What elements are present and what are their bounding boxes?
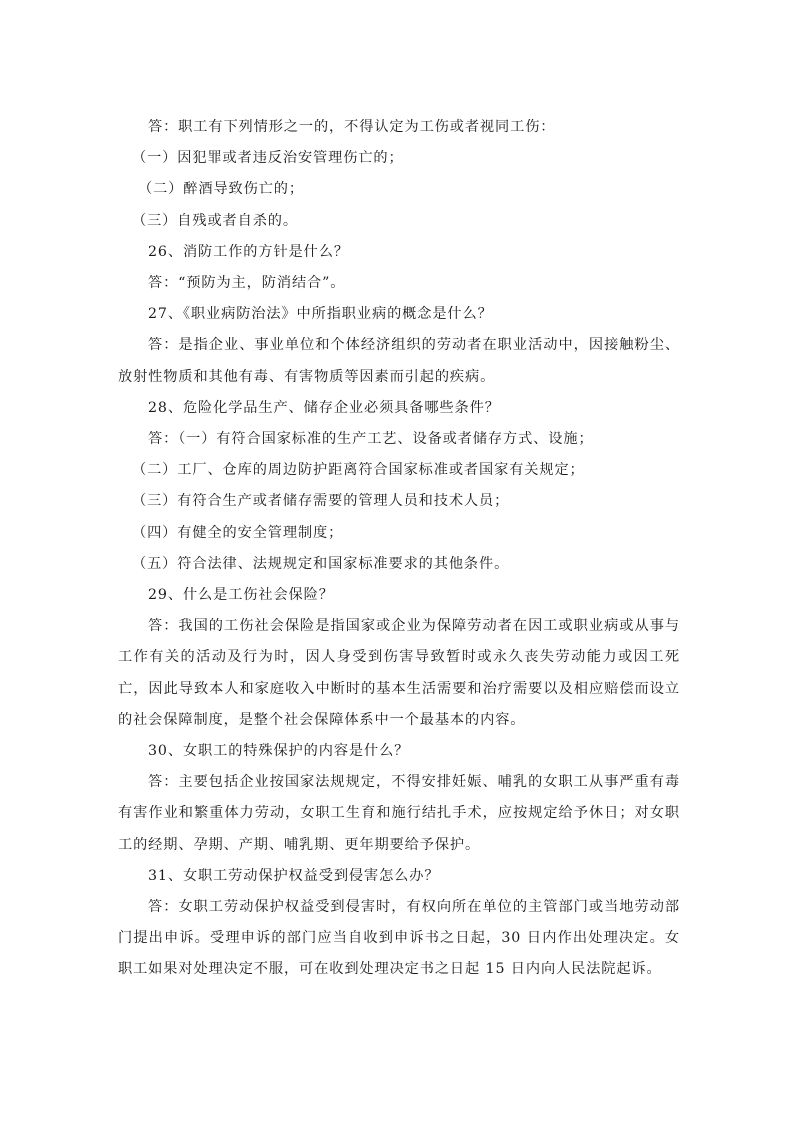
- answer-27: 答：是指企业、事业单位和个体经济组织的劳动者在职业活动中，因接触粉尘、放射性物质…: [118, 330, 680, 392]
- answer-31: 答：女职工劳动保护权益受到侵害时，有权向所在单位的主管部门或当地劳动部门提出申诉…: [118, 892, 680, 986]
- question-26: 26、消防工作的方针是什么？: [118, 237, 680, 268]
- answer-28-item-1: 答：（一）有符合国家标准的生产工艺、设备或者储存方式、设施；: [118, 424, 680, 455]
- answer-25-item-2: （二）醉酒导致伤亡的；: [118, 174, 680, 205]
- question-28: 28、危险化学品生产、储存企业必须具备哪些条件？: [118, 393, 680, 424]
- answer-29: 答：我国的工伤社会保险是指国家或企业为保障劳动者在因工或职业病或从事与工作有关的…: [118, 611, 680, 736]
- question-29: 29、什么是工伤社会保险？: [118, 580, 680, 611]
- answer-28-item-2: （二）工厂、仓库的周边防护距离符合国家标准或者国家有关规定；: [118, 455, 680, 486]
- answer-26: 答：“预防为主，防消结合”。: [118, 268, 680, 299]
- question-30: 30、女职工的特殊保护的内容是什么？: [118, 736, 680, 767]
- answer-28-item-3: （三）有符合生产或者储存需要的管理人员和技术人员；: [118, 486, 680, 517]
- document-page: 答：职工有下列情形之一的，不得认定为工伤或者视同工伤： （一）因犯罪或者违反治安…: [0, 0, 793, 1122]
- question-27: 27、《职业病防治法》中所指职业病的概念是什么？: [118, 299, 680, 330]
- answer-25-item-1: （一）因犯罪或者违反治安管理伤亡的；: [118, 143, 680, 174]
- answer-25-intro: 答：职工有下列情形之一的，不得认定为工伤或者视同工伤：: [118, 112, 680, 143]
- question-31: 31、女职工劳动保护权益受到侵害怎么办？: [118, 861, 680, 892]
- answer-30: 答：主要包括企业按国家法规规定，不得安排妊娠、哺乳的女职工从事严重有毒有害作业和…: [118, 767, 680, 861]
- answer-28-item-5: （五）符合法律、法规规定和国家标准要求的其他条件。: [118, 549, 680, 580]
- document-body: 答：职工有下列情形之一的，不得认定为工伤或者视同工伤： （一）因犯罪或者违反治安…: [118, 112, 680, 986]
- answer-28-item-4: （四）有健全的安全管理制度；: [118, 518, 680, 549]
- answer-25-item-3: （三）自残或者自杀的。: [118, 206, 680, 237]
